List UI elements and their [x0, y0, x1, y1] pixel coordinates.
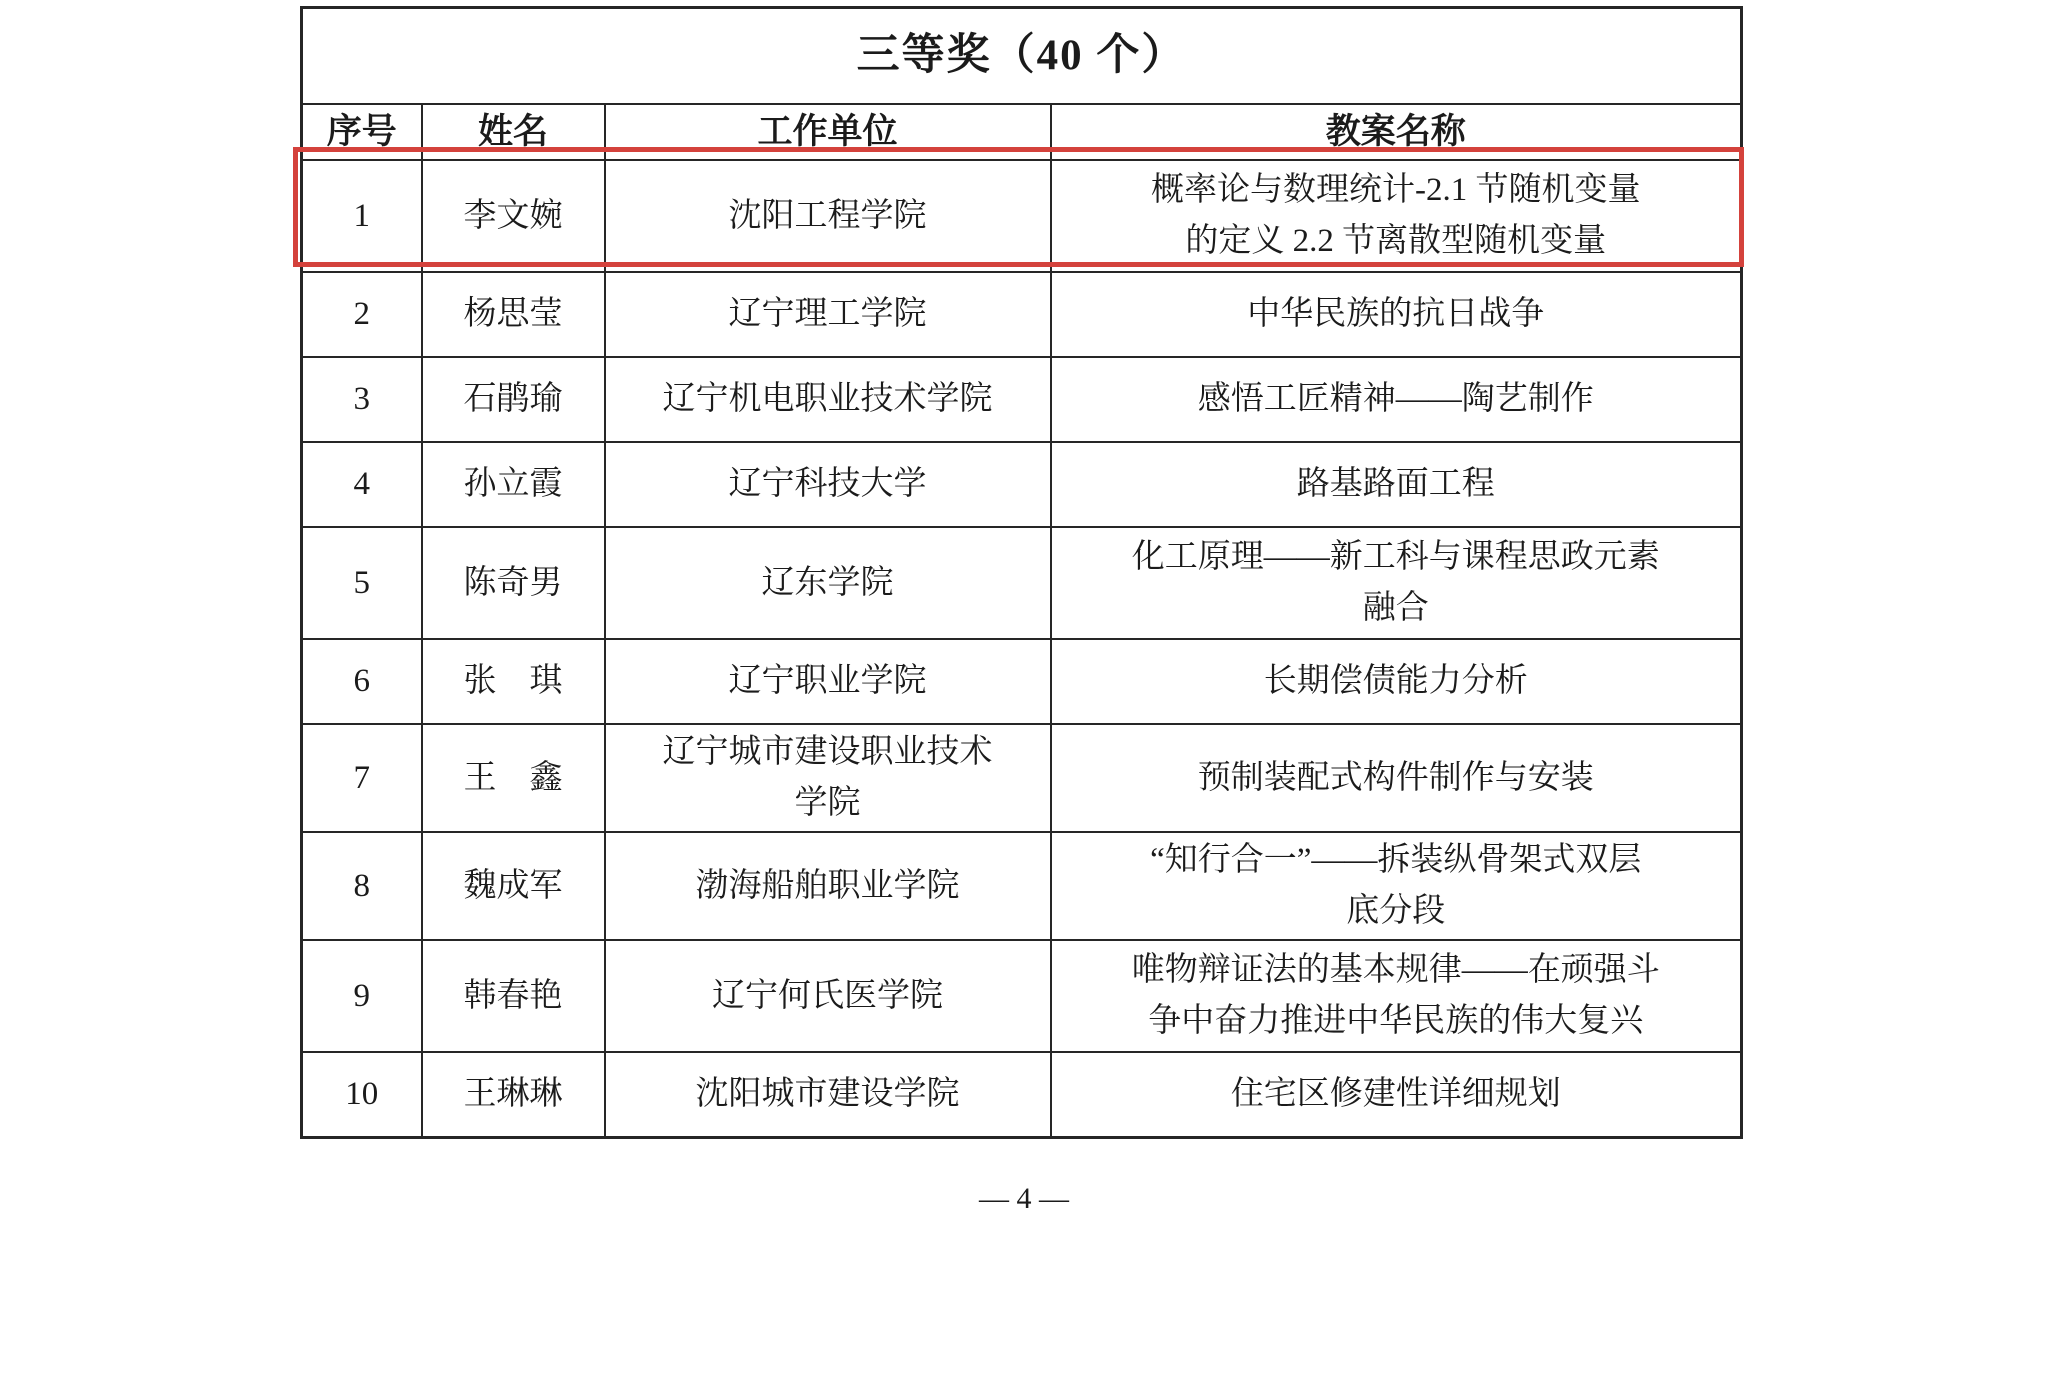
cell-lesson: 住宅区修建性详细规划: [1051, 1052, 1742, 1137]
table-row: 10 王琳琳 沈阳城市建设学院 住宅区修建性详细规划: [302, 1052, 1742, 1137]
cell-name: 杨思莹: [422, 272, 605, 357]
table-row: 4 孙立霞 辽宁科技大学 路基路面工程: [302, 442, 1742, 527]
cell-org: 辽宁职业学院: [605, 639, 1051, 724]
cell-lesson: 感悟工匠精神——陶艺制作: [1051, 357, 1742, 442]
cell-org: 辽宁理工学院: [605, 272, 1051, 357]
column-header-lesson: 教案名称: [1051, 104, 1742, 160]
cell-no: 9: [302, 940, 422, 1052]
table-row: 9 韩春艳 辽宁何氏医学院 唯物辩证法的基本规律——在顽强斗 争中奋力推进中华民…: [302, 940, 1742, 1052]
cell-org: 沈阳城市建设学院: [605, 1052, 1051, 1137]
cell-lesson: 长期偿债能力分析: [1051, 639, 1742, 724]
cell-no: 1: [302, 160, 422, 272]
awards-table: 三等奖（40 个） 序号 姓名 工作单位 教案名称 1 李文婉 沈阳工程学院 概…: [300, 6, 1743, 1139]
table-title-row: 三等奖（40 个）: [302, 8, 1742, 105]
table-title: 三等奖（40 个）: [302, 8, 1742, 105]
cell-no: 6: [302, 639, 422, 724]
cell-no: 7: [302, 724, 422, 832]
cell-lesson: 中华民族的抗日战争: [1051, 272, 1742, 357]
cell-name: 陈奇男: [422, 527, 605, 639]
cell-org: 辽宁科技大学: [605, 442, 1051, 527]
cell-name: 王 鑫: [422, 724, 605, 832]
cell-lesson: 路基路面工程: [1051, 442, 1742, 527]
cell-lesson: “知行合一”——拆装纵骨架式双层 底分段: [1051, 832, 1742, 940]
cell-no: 2: [302, 272, 422, 357]
cell-name: 李文婉: [422, 160, 605, 272]
cell-name: 王琳琳: [422, 1052, 605, 1137]
cell-org: 渤海船舶职业学院: [605, 832, 1051, 940]
cell-name: 韩春艳: [422, 940, 605, 1052]
table-row: 5 陈奇男 辽东学院 化工原理——新工科与课程思政元素 融合: [302, 527, 1742, 639]
cell-no: 8: [302, 832, 422, 940]
cell-lesson: 化工原理——新工科与课程思政元素 融合: [1051, 527, 1742, 639]
table-row: 3 石鹃瑜 辽宁机电职业技术学院 感悟工匠精神——陶艺制作: [302, 357, 1742, 442]
cell-name: 孙立霞: [422, 442, 605, 527]
page-number: — 4 —: [0, 1182, 2048, 1216]
cell-lesson: 唯物辩证法的基本规律——在顽强斗 争中奋力推进中华民族的伟大复兴: [1051, 940, 1742, 1052]
cell-org: 沈阳工程学院: [605, 160, 1051, 272]
cell-name: 张 琪: [422, 639, 605, 724]
cell-no: 3: [302, 357, 422, 442]
column-header-name: 姓名: [422, 104, 605, 160]
cell-lesson: 概率论与数理统计-2.1 节随机变量 的定义 2.2 节离散型随机变量: [1051, 160, 1742, 272]
cell-no: 4: [302, 442, 422, 527]
document-page: 三等奖（40 个） 序号 姓名 工作单位 教案名称 1 李文婉 沈阳工程学院 概…: [0, 0, 2048, 1397]
table-row: 2 杨思莹 辽宁理工学院 中华民族的抗日战争: [302, 272, 1742, 357]
cell-org: 辽东学院: [605, 527, 1051, 639]
column-header-no: 序号: [302, 104, 422, 160]
cell-org: 辽宁机电职业技术学院: [605, 357, 1051, 442]
table-row: 1 李文婉 沈阳工程学院 概率论与数理统计-2.1 节随机变量 的定义 2.2 …: [302, 160, 1742, 272]
cell-org: 辽宁何氏医学院: [605, 940, 1051, 1052]
cell-no: 5: [302, 527, 422, 639]
table-row: 6 张 琪 辽宁职业学院 长期偿债能力分析: [302, 639, 1742, 724]
table-header-row: 序号 姓名 工作单位 教案名称: [302, 104, 1742, 160]
cell-org: 辽宁城市建设职业技术 学院: [605, 724, 1051, 832]
cell-name: 石鹃瑜: [422, 357, 605, 442]
cell-name: 魏成军: [422, 832, 605, 940]
column-header-org: 工作单位: [605, 104, 1051, 160]
table-row: 7 王 鑫 辽宁城市建设职业技术 学院 预制装配式构件制作与安装: [302, 724, 1742, 832]
table-row: 8 魏成军 渤海船舶职业学院 “知行合一”——拆装纵骨架式双层 底分段: [302, 832, 1742, 940]
cell-lesson: 预制装配式构件制作与安装: [1051, 724, 1742, 832]
cell-no: 10: [302, 1052, 422, 1137]
